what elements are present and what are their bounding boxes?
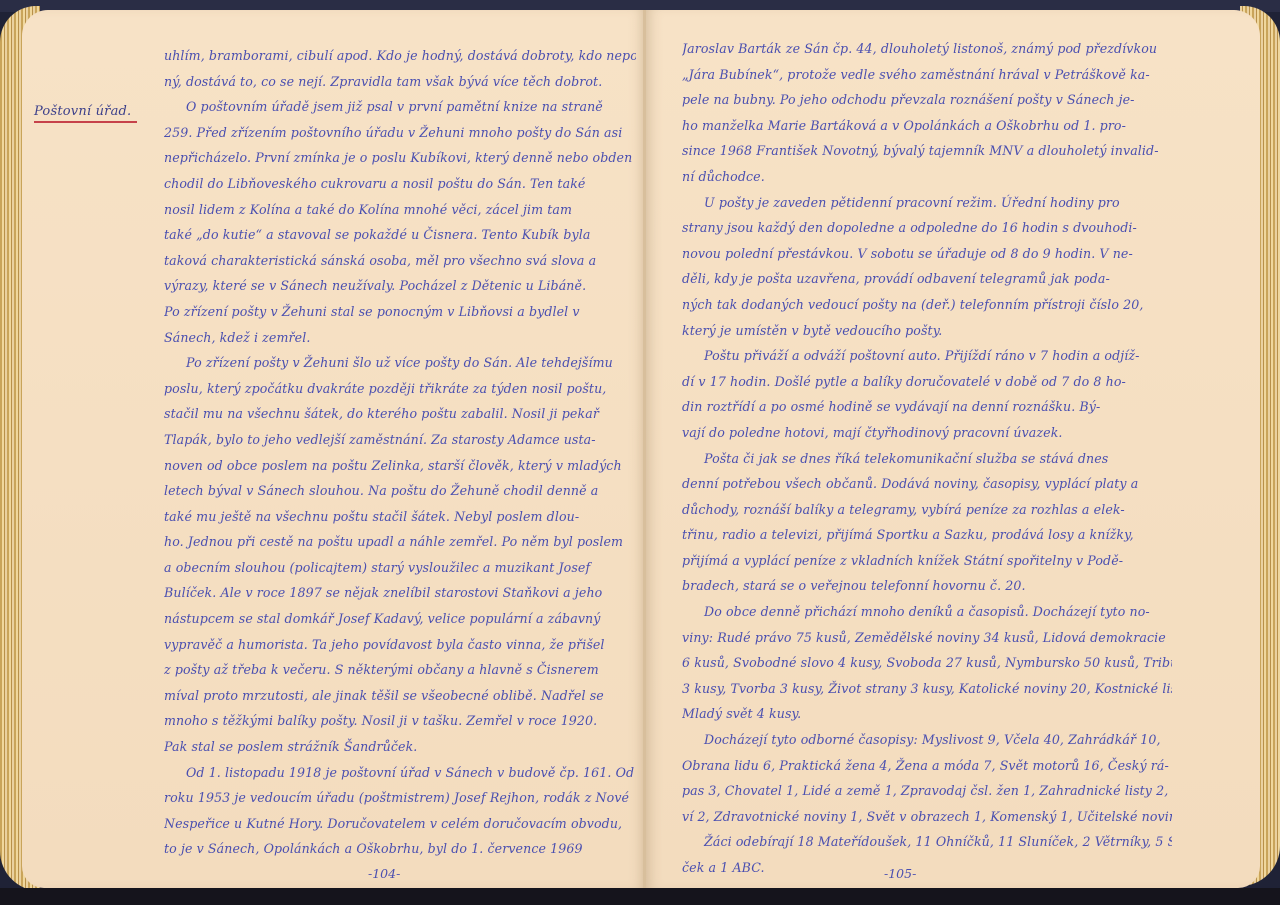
handwritten-line: pas 3, Chovatel 1, Lidé a země 1, Zpravo…: [682, 778, 1172, 804]
handwritten-line: ček a 1 ABC.: [682, 855, 1172, 881]
handwritten-line: 259. Před zřízením poštovního úřadu v Že…: [164, 120, 636, 146]
handwritten-line: Docházejí tyto odborné časopisy: Myslivo…: [682, 727, 1172, 753]
handwritten-line: Od 1. listopadu 1918 je poštovní úřad v …: [164, 760, 636, 786]
handwritten-line: strany jsou každý den dopoledne a odpole…: [682, 215, 1172, 241]
handwritten-line: Poštu přiváží a odváží poštovní auto. Př…: [682, 343, 1172, 369]
handwritten-line: Žáci odebírají 18 Mateřídoušek, 11 Ohníč…: [682, 829, 1172, 855]
cover-bottom-edge: [0, 888, 1280, 905]
handwritten-line: Sánech, kdež i zemřel.: [164, 325, 636, 351]
handwritten-line: pele na bubny. Po jeho odchodu převzala …: [682, 87, 1172, 113]
handwritten-line: 6 kusů, Svobodné slovo 4 kusy, Svoboda 2…: [682, 650, 1172, 676]
handwritten-line: O poštovním úřadě jsem již psal v první …: [164, 94, 636, 120]
handwritten-line: denní potřebou všech občanů. Dodává novi…: [682, 471, 1172, 497]
handwritten-line: stačil mu na všechnu šátek, do kterého p…: [164, 401, 636, 427]
handwritten-line: který je umístěn v bytě vedoucího pošty.: [682, 318, 1172, 344]
handwritten-line: Pošta či jak se dnes říká telekomunikačn…: [682, 446, 1172, 472]
handwritten-line: vají do poledne hotovi, mají čtyřhodinov…: [682, 420, 1172, 446]
handwritten-line: také mu ještě na všechnu poštu stačil šá…: [164, 504, 636, 530]
handwritten-line: since 1968 František Novotný, bývalý taj…: [682, 138, 1172, 164]
handwritten-line: poslu, který zpočátku dvakráte později t…: [164, 376, 636, 402]
handwritten-line: z pošty až třeba k večeru. S některými o…: [164, 657, 636, 683]
handwritten-line: Do obce denně přichází mnoho deníků a ča…: [682, 599, 1172, 625]
handwritten-line: Nespeřice u Kutné Hory. Doručovatelem v …: [164, 811, 636, 837]
book-spine-gutter: [643, 10, 646, 888]
handwritten-line: Po zřízení pošty v Žehuni šlo už více po…: [164, 350, 636, 376]
handwritten-line: chodil do Libňoveského cukrovaru a nosil…: [164, 171, 636, 197]
handwritten-line: Po zřízení pošty v Žehuni stal se ponocn…: [164, 299, 636, 325]
handwritten-line: nepřicházelo. První zmínka je o poslu Ku…: [164, 145, 636, 171]
handwritten-line: Tlapák, bylo to jeho vedlejší zaměstnání…: [164, 427, 636, 453]
handwritten-line: novou polední přestávkou. V sobotu se úř…: [682, 241, 1172, 267]
handwritten-line: nástupcem se stal domkář Josef Kadavý, v…: [164, 606, 636, 632]
handwritten-line: vypravěč a humorista. Ta jeho povídavost…: [164, 632, 636, 658]
handwritten-line: mnoho s těžkými balíky pošty. Nosil ji v…: [164, 708, 636, 734]
page-number-right: -105-: [884, 866, 916, 881]
handwritten-line: ho manželka Marie Bartáková a v Opolánká…: [682, 113, 1172, 139]
left-page-text: uhlím, bramborami, cibulí apod. Kdo je h…: [164, 43, 636, 862]
handwritten-line: ných tak dodaných vedoucí pošty na (deř.…: [682, 292, 1172, 318]
handwritten-line: Mladý svět 4 kusy.: [682, 701, 1172, 727]
handwritten-line: Jaroslav Barták ze Sán čp. 44, dlouholet…: [682, 36, 1172, 62]
handwritten-line: to je v Sánech, Opolánkách a Oškobrhu, b…: [164, 836, 636, 862]
handwritten-line: ho. Jednou při cestě na poštu upadl a ná…: [164, 529, 636, 555]
handwritten-line: uhlím, bramborami, cibulí apod. Kdo je h…: [164, 43, 636, 69]
handwritten-line: Bulíček. Ale v roce 1897 se nějak znelíb…: [164, 580, 636, 606]
handwritten-line: taková charakteristická sánská osoba, mě…: [164, 248, 636, 274]
page-number-left: -104-: [368, 866, 400, 881]
right-page-text: Jaroslav Barták ze Sán čp. 44, dlouholet…: [682, 36, 1172, 881]
handwritten-line: roku 1953 je vedoucím úřadu (poštmistrem…: [164, 785, 636, 811]
open-notebook: Poštovní úřad. uhlím, bramborami, cibulí…: [0, 0, 1280, 905]
handwritten-line: viny: Rudé právo 75 kusů, Zemědělské nov…: [682, 625, 1172, 651]
handwritten-line: třinu, radio a televizi, přijímá Sportku…: [682, 522, 1172, 548]
handwritten-line: „Jára Bubínek“, protože vedle svého zamě…: [682, 62, 1172, 88]
handwritten-line: míval proto mrzutosti, ale jinak těšil s…: [164, 683, 636, 709]
handwritten-line: din roztřídí a po osmé hodině se vydávaj…: [682, 394, 1172, 420]
handwritten-line: Obrana lidu 6, Praktická žena 4, Žena a …: [682, 753, 1172, 779]
handwritten-line: ní důchodce.: [682, 164, 1172, 190]
handwritten-line: bradech, stará se o veřejnou telefonní h…: [682, 573, 1172, 599]
handwritten-line: noven od obce poslem na poštu Zelinka, s…: [164, 453, 636, 479]
handwritten-line: ný, dostává to, co se nejí. Zpravidla ta…: [164, 69, 636, 95]
handwritten-line: výrazy, které se v Sánech neužívaly. Poc…: [164, 273, 636, 299]
handwritten-line: důchody, roznáší balíky a telegramy, vyb…: [682, 497, 1172, 523]
handwritten-line: děli, kdy je pošta uzavřena, provádí odb…: [682, 266, 1172, 292]
handwritten-line: a obecním slouhou (policajtem) starý vys…: [164, 555, 636, 581]
handwritten-line: ví 2, Zdravotnické noviny 1, Svět v obra…: [682, 804, 1172, 830]
handwritten-line: nosil lidem z Kolína a také do Kolína mn…: [164, 197, 636, 223]
handwritten-line: Pak stal se poslem strážník Šandrůček.: [164, 734, 636, 760]
margin-heading: Poštovní úřad.: [34, 104, 137, 123]
handwritten-line: dí v 17 hodin. Došlé pytle a balíky doru…: [682, 369, 1172, 395]
handwritten-line: U pošty je zaveden pětidenní pracovní re…: [682, 190, 1172, 216]
handwritten-line: letech býval v Sánech slouhou. Na poštu …: [164, 478, 636, 504]
handwritten-line: také „do kutie“ a stavoval se pokaždé u …: [164, 222, 636, 248]
handwritten-line: 3 kusy, Tvorba 3 kusy, Život strany 3 ku…: [682, 676, 1172, 702]
handwritten-line: přijímá a vyplácí peníze z vkladních kní…: [682, 548, 1172, 574]
